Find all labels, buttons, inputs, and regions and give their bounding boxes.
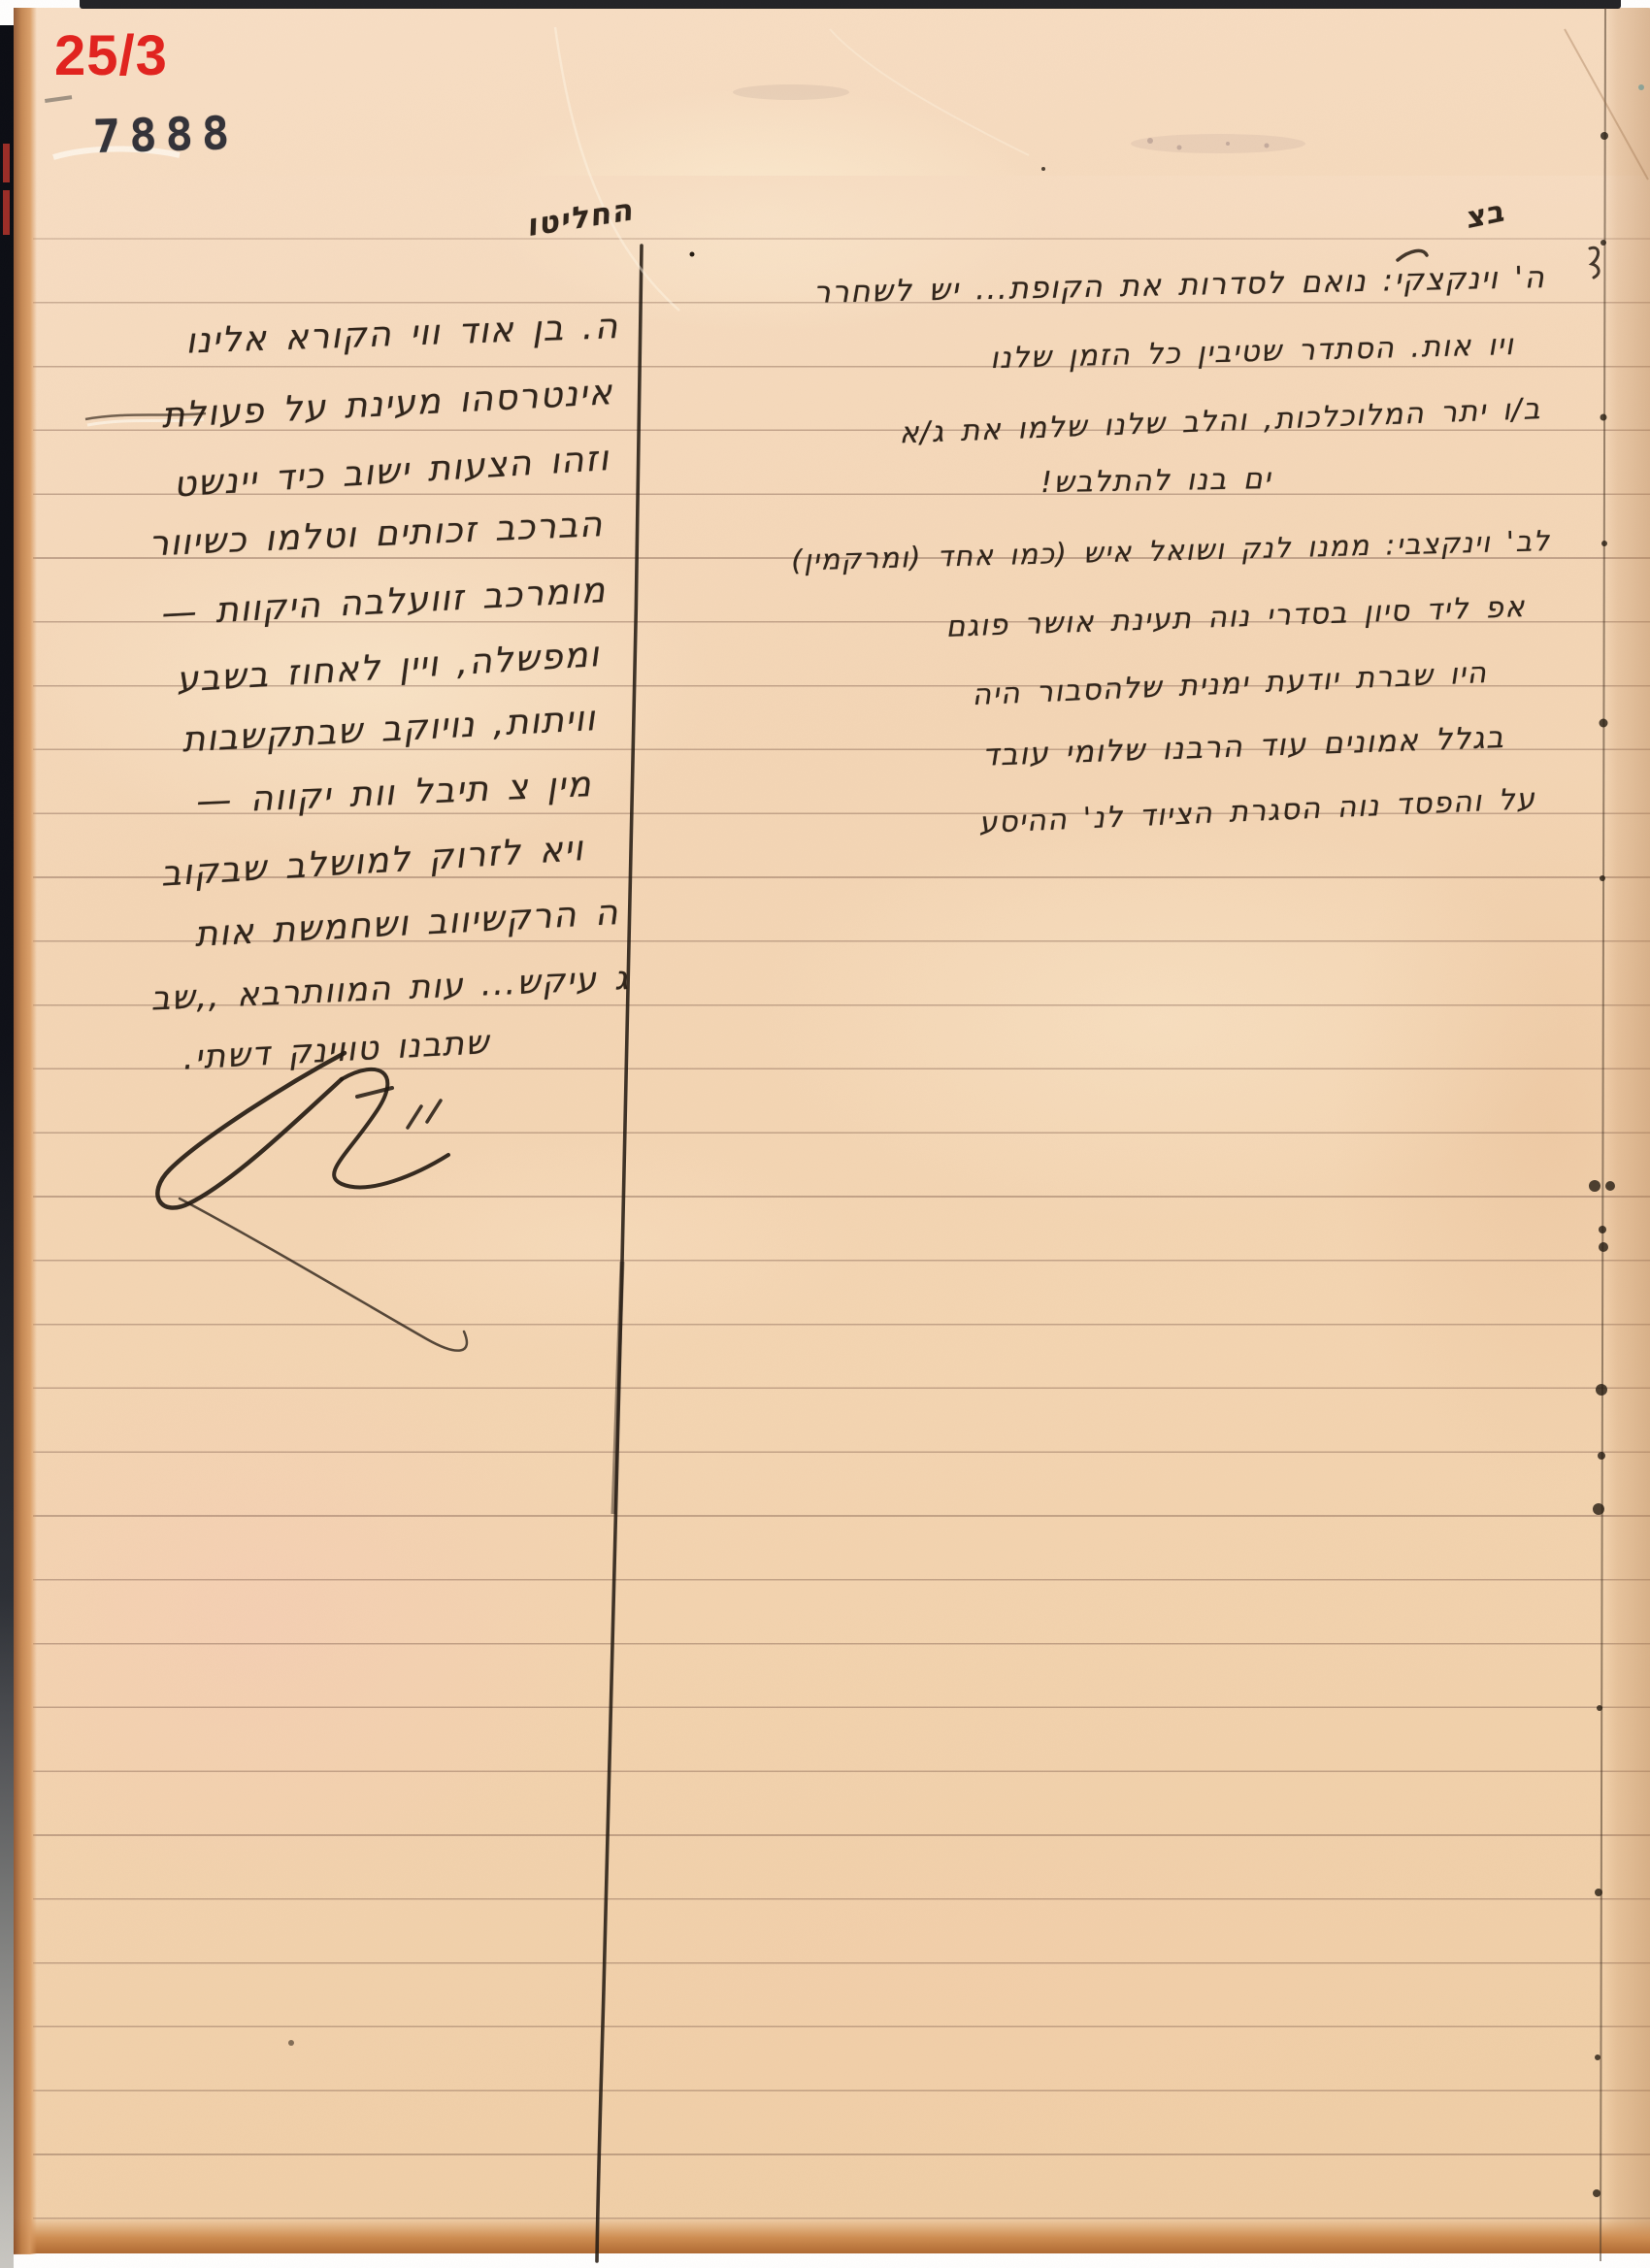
scanned-page-canvas: 25/3 7888 החליטו בצ ה' וינקצקי: נואם לסד… bbox=[0, 0, 1650, 2268]
paper-grain-texture bbox=[0, 0, 1650, 2268]
